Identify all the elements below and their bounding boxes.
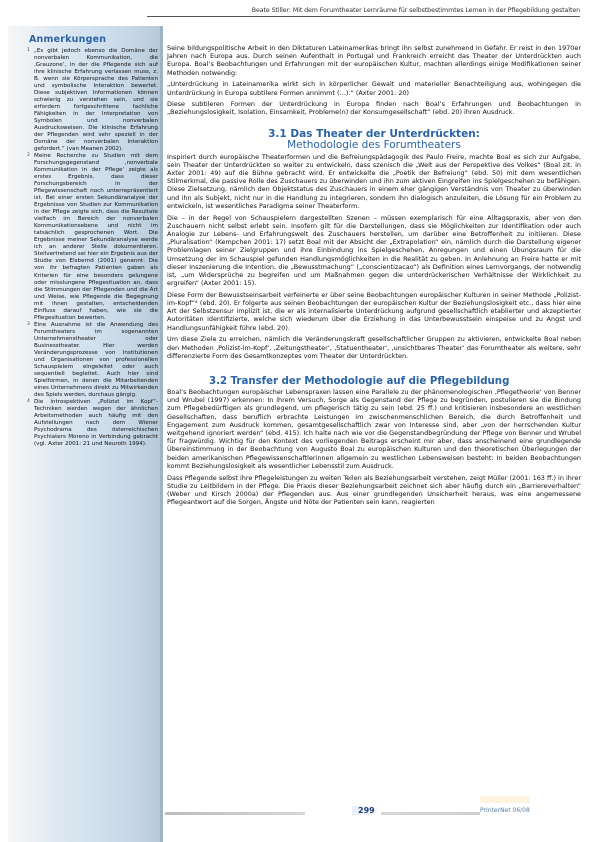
paragraph: Boal’s Beobachtungen europäischer Lebens… bbox=[167, 388, 581, 470]
note-text: Eine Ausnahme ist die Anwendung des Foru… bbox=[34, 322, 158, 398]
intro-paragraph: Seine bildungspolitische Arbeit in den D… bbox=[167, 44, 581, 77]
footer-rule-right bbox=[380, 812, 480, 815]
paragraph: Die – in der Regel von Schauspielern dar… bbox=[167, 214, 581, 288]
note-2: 2 Meine Recherche zu Studien mit dem For… bbox=[34, 153, 158, 321]
paragraph: Um diese Ziele zu erreichen, nämlich die… bbox=[167, 335, 581, 360]
running-head: Beate Stiller: Mit dem Forumtheater Lern… bbox=[147, 7, 580, 17]
sidebar-title: Anmerkungen bbox=[29, 34, 106, 45]
publication-label: PrInterNet 06/08 bbox=[480, 807, 530, 814]
block-quote: „Unterdrückung in Lateinamerika wirkt si… bbox=[167, 80, 581, 96]
footer-rule-left bbox=[165, 812, 305, 815]
paragraph: Inspiriert durch europäische Theaterform… bbox=[167, 153, 581, 210]
heading-line-1: 3.1 Das Theater der Unterdrückten: bbox=[268, 128, 480, 140]
section-heading-3-1: 3.1 Das Theater der Unterdrückten: Metho… bbox=[167, 129, 581, 152]
footer-highlight bbox=[480, 796, 530, 803]
note-number: 1 bbox=[27, 47, 30, 54]
section-heading-3-2: 3.2 Transfer der Methodologie auf die Pf… bbox=[167, 376, 581, 387]
paragraph: Diese Form der Bewusstseinsarbeit verfei… bbox=[167, 291, 581, 332]
note-number: 3 bbox=[27, 321, 30, 328]
main-column: Seine bildungspolitische Arbeit in den D… bbox=[167, 44, 581, 510]
paragraph: Diese subtileren Formen der Unterdrückun… bbox=[167, 100, 581, 116]
note-3: 3 Eine Ausnahme ist die Anwendung des Fo… bbox=[34, 322, 158, 399]
note-number: 2 bbox=[27, 152, 30, 159]
annotations-sidebar: Anmerkungen 1 „Es gibt jedoch ebenso die… bbox=[8, 26, 163, 842]
heading-line-2: Methodologie des Forumtheaters bbox=[167, 140, 581, 152]
note-text: Die introspektiven „Polizist im Kopf“-Te… bbox=[34, 399, 158, 447]
paragraph: Dass Pflegende selbst ihre Pflegeleistun… bbox=[167, 474, 581, 507]
note-4: 4 Die introspektiven „Polizist im Kopf“-… bbox=[34, 399, 158, 448]
page-number: 299 bbox=[352, 806, 381, 815]
note-1: 1 „Es gibt jedoch ebenso die Domäne der … bbox=[34, 48, 158, 153]
note-text: „Es gibt jedoch ebenso die Domäne der no… bbox=[34, 48, 158, 152]
note-number: 4 bbox=[27, 398, 30, 405]
note-text: Meine Recherche zu Studien mit dem Forsc… bbox=[34, 153, 158, 320]
notes-list: 1 „Es gibt jedoch ebenso die Domäne der … bbox=[34, 48, 158, 448]
